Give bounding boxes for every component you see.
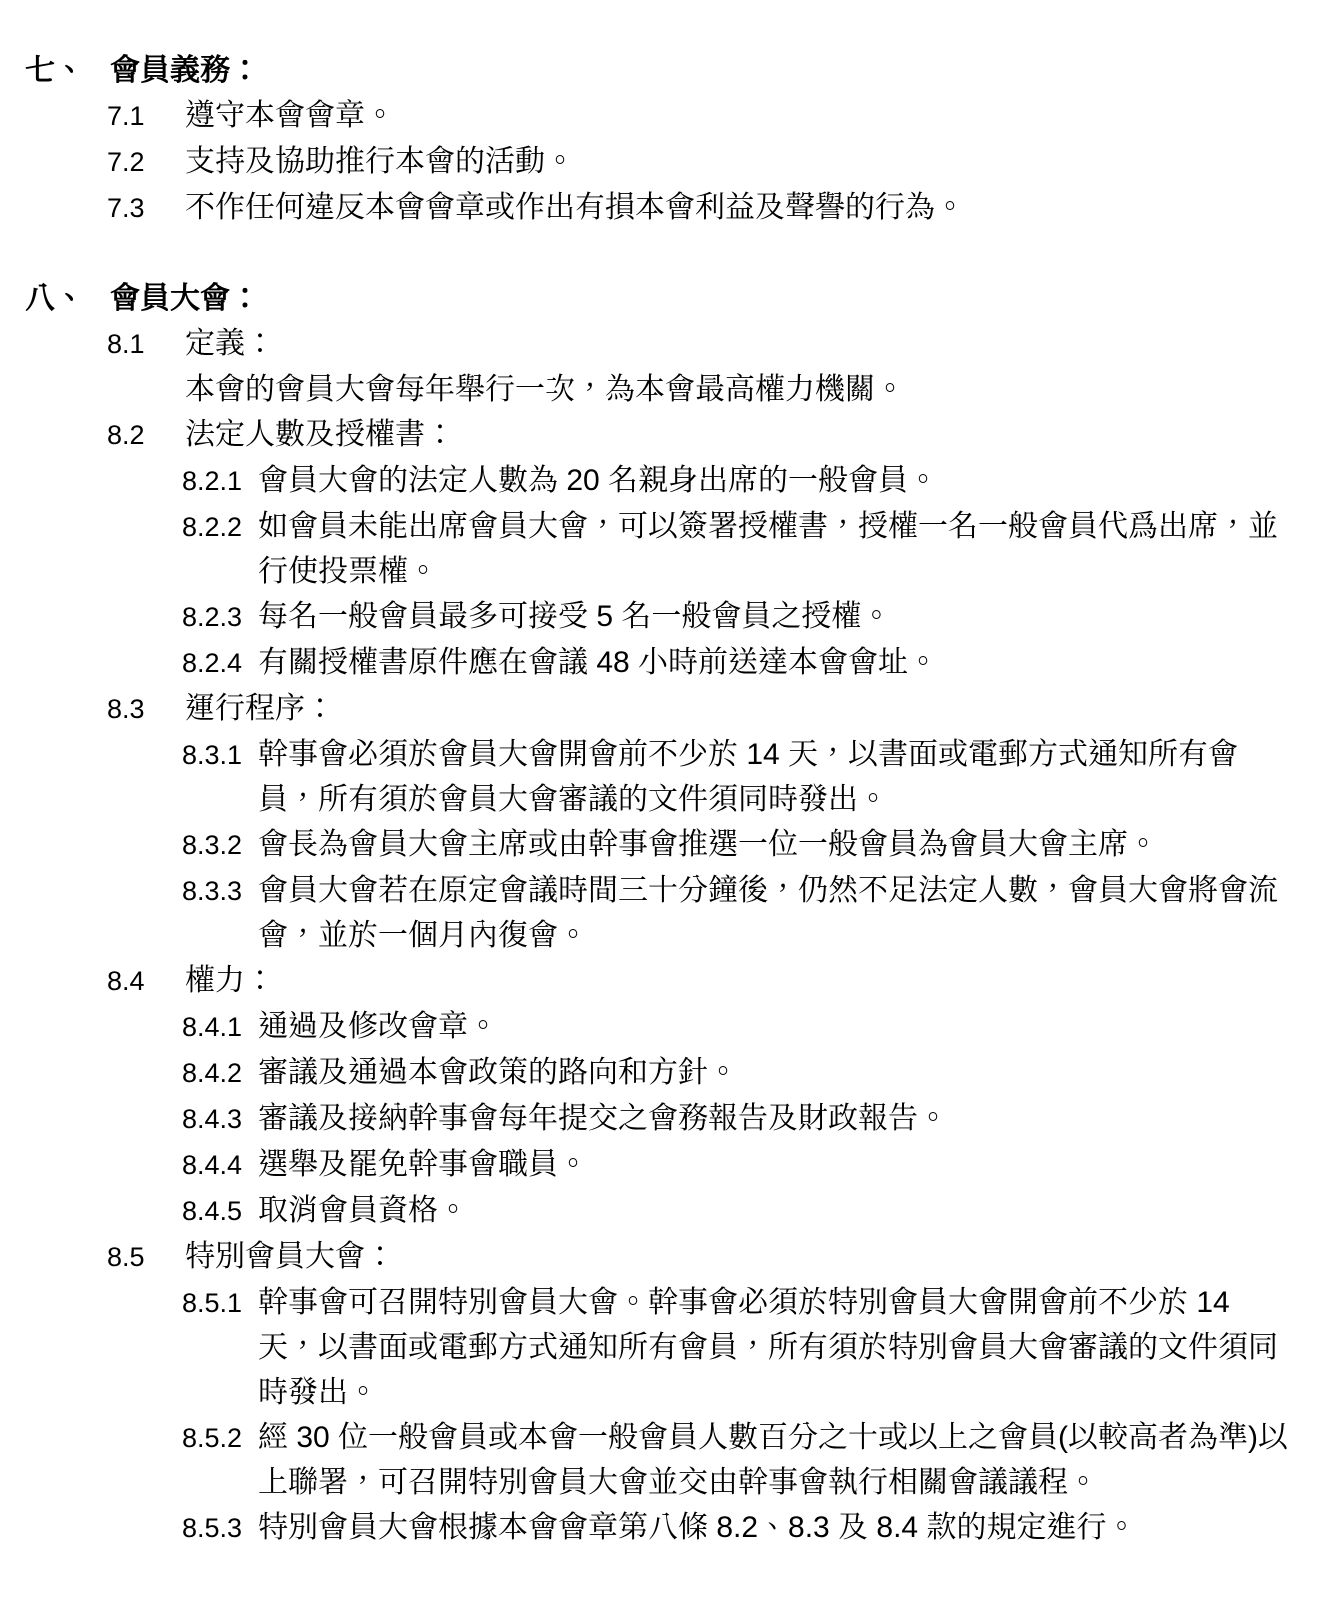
clause-row: 8.4 權力： [107,958,1292,1004]
subclause-number: 8.3.2 [182,823,258,868]
clause-text: 特別會員大會： [185,1234,1292,1279]
clause-number: 7.2 [107,140,185,185]
clause-number: 8.2 [107,413,185,458]
subclause-text: 每名一般會員最多可接受 5 名一般會員之授權。 [258,594,1292,639]
clause-row: 8.2 法定人數及授權書： [107,412,1292,458]
subclause-text: 會員大會的法定人數為 20 名親身出席的一般會員。 [258,458,1292,503]
subclause-text: 有關授權書原件應在會議 48 小時前送達本會會址。 [258,640,1292,685]
subclause-number: 8.2.4 [182,641,258,686]
subclause-row: 8.5.2 經 30 位一般會員或本會一般會員人數百分之十或以上之會員(以較高者… [182,1415,1292,1505]
clause-text: 遵守本會會章。 [185,93,1292,138]
clause-text: 運行程序： [185,686,1292,731]
clause-text: 支持及協助推行本會的活動。 [185,139,1292,184]
subclause-text: 幹事會可召開特別會員大會。幹事會必須於特別會員大會開會前不少於 14 天，以書面… [258,1280,1292,1415]
clause-body-text: 本會的會員大會每年舉行一次，為本會最高權力機關。 [185,367,1292,412]
clause-body-row: 本會的會員大會每年舉行一次，為本會最高權力機關。 [185,367,1292,412]
clause-row: 7.3 不作任何違反本會會章或作出有損本會利益及聲譽的行為。 [107,185,1292,231]
clause-number: 7.3 [107,186,185,231]
subclause-row: 8.4.4 選舉及罷免幹事會職員。 [182,1142,1292,1188]
subclause-text: 選舉及罷免幹事會職員。 [258,1142,1292,1187]
subclause-text: 特別會員大會根據本會會章第八條 8.2、8.3 及 8.4 款的規定進行。 [258,1505,1292,1550]
clause-number: 8.5 [107,1235,185,1280]
subclause-row: 8.4.5 取消會員資格。 [182,1188,1292,1234]
clause-row: 8.5 特別會員大會： [107,1234,1292,1280]
subclause-text: 會員大會若在原定會議時間三十分鐘後，仍然不足法定人數，會員大會將會流會，並於一個… [258,868,1292,958]
subclause-text: 審議及接納幹事會每年提交之會務報告及財政報告。 [258,1096,1292,1141]
subclause-row: 8.3.1 幹事會必須於會員大會開會前不少於 14 天，以書面或電郵方式通知所有… [182,732,1292,822]
clause-number: 8.1 [107,322,185,367]
clause-number: 8.3 [107,687,185,732]
section-general-meeting: 八、 會員大會： 8.1 定義： 本會的會員大會每年舉行一次，為本會最高權力機關… [25,276,1292,1551]
clause-row: 8.1 定義： [107,321,1292,367]
subclause-number: 8.4.1 [182,1005,258,1050]
subclause-number: 8.5.2 [182,1416,258,1461]
section-heading-row: 八、 會員大會： [25,276,1292,321]
subclause-row: 8.4.3 審議及接納幹事會每年提交之會務報告及財政報告。 [182,1096,1292,1142]
section-title: 會員大會： [110,276,1292,321]
clause-number: 8.4 [107,959,185,1004]
clause-text: 定義： [185,321,1292,366]
subclause-number: 8.2.3 [182,595,258,640]
subclause-row: 8.2.2 如會員未能出席會員大會，可以簽署授權書，授權一名一般會員代爲出席，並… [182,504,1292,594]
clause-text: 法定人數及授權書： [185,412,1292,457]
subclause-text: 通過及修改會章。 [258,1004,1292,1049]
subclause-text: 如會員未能出席會員大會，可以簽署授權書，授權一名一般會員代爲出席，並行使投票權。 [258,504,1292,594]
subclause-number: 8.4.4 [182,1143,258,1188]
subclause-text: 審議及通過本會政策的路向和方針。 [258,1050,1292,1095]
subclause-number: 8.4.5 [182,1189,258,1234]
subclause-number: 8.2.2 [182,505,258,550]
subclause-number: 8.3.3 [182,869,258,914]
subclause-text: 經 30 位一般會員或本會一般會員人數百分之十或以上之會員(以較高者為準)以上聯… [258,1415,1292,1505]
subclause-number: 8.3.1 [182,733,258,778]
clause-text: 權力： [185,958,1292,1003]
subclause-row: 8.5.1 幹事會可召開特別會員大會。幹事會必須於特別會員大會開會前不少於 14… [182,1280,1292,1415]
section-number: 七、 [25,48,110,93]
section-member-obligations: 七、 會員義務： 7.1 遵守本會會章。 7.2 支持及協助推行本會的活動。 7… [25,48,1292,231]
section-title: 會員義務： [110,48,1292,93]
subclause-number: 8.2.1 [182,459,258,504]
subclause-number: 8.4.2 [182,1051,258,1096]
subclause-number: 8.4.3 [182,1097,258,1142]
subclause-row: 8.2.1 會員大會的法定人數為 20 名親身出席的一般會員。 [182,458,1292,504]
document-page: { "page": { "background_color": "#ffffff… [0,0,1326,1600]
section-heading-row: 七、 會員義務： [25,48,1292,93]
subclause-number: 8.5.3 [182,1506,258,1551]
subclause-text: 會長為會員大會主席或由幹事會推選一位一般會員為會員大會主席。 [258,822,1292,867]
subclause-text: 幹事會必須於會員大會開會前不少於 14 天，以書面或電郵方式通知所有會員，所有須… [258,732,1292,822]
subclause-row: 8.4.1 通過及修改會章。 [182,1004,1292,1050]
subclause-row: 8.2.3 每名一般會員最多可接受 5 名一般會員之授權。 [182,594,1292,640]
subclause-row: 8.5.3 特別會員大會根據本會會章第八條 8.2、8.3 及 8.4 款的規定… [182,1505,1292,1551]
subclause-row: 8.4.2 審議及通過本會政策的路向和方針。 [182,1050,1292,1096]
clause-number: 7.1 [107,94,185,139]
clause-row: 7.1 遵守本會會章。 [107,93,1292,139]
clause-row: 7.2 支持及協助推行本會的活動。 [107,139,1292,185]
subclause-row: 8.3.3 會員大會若在原定會議時間三十分鐘後，仍然不足法定人數，會員大會將會流… [182,868,1292,958]
section-number: 八、 [25,276,110,321]
subclause-row: 8.2.4 有關授權書原件應在會議 48 小時前送達本會會址。 [182,640,1292,686]
subclause-text: 取消會員資格。 [258,1188,1292,1233]
clause-text: 不作任何違反本會會章或作出有損本會利益及聲譽的行為。 [185,185,1292,230]
subclause-row: 8.3.2 會長為會員大會主席或由幹事會推選一位一般會員為會員大會主席。 [182,822,1292,868]
subclause-number: 8.5.1 [182,1281,258,1326]
clause-row: 8.3 運行程序： [107,686,1292,732]
